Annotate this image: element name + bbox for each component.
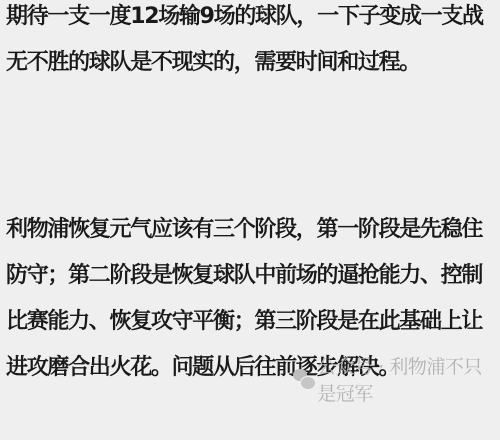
article-paragraph-1: 期待一支一度12场输9场的球队，一下子变成一支战无不胜的球队是不现实的，需要时间…	[6, 0, 496, 86]
watermark-text: 公众号 · 利物浦不只是冠军	[317, 352, 500, 406]
watermark: 公众号 · 利物浦不只是冠军	[293, 352, 500, 406]
wechat-icon	[293, 369, 311, 389]
